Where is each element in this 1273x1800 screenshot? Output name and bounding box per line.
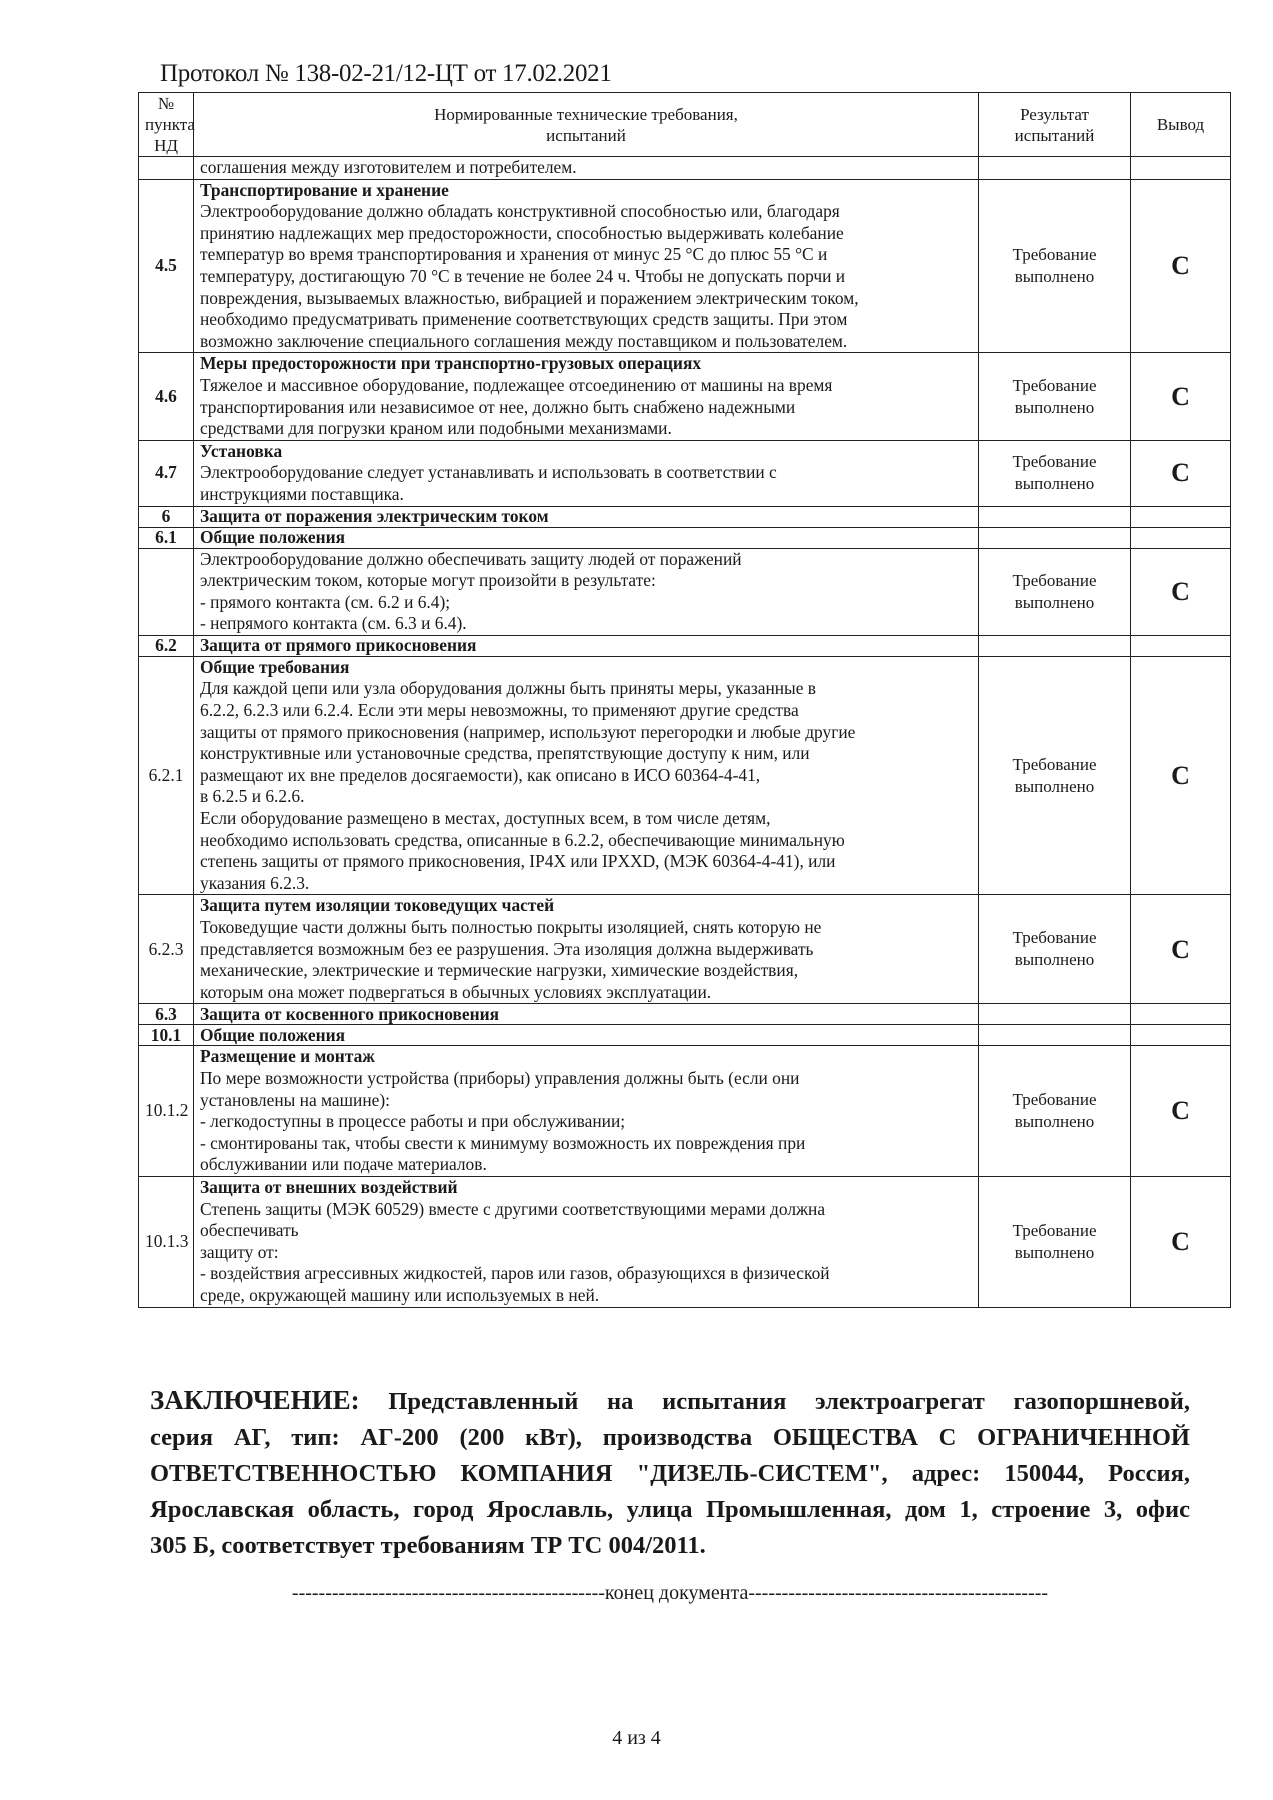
requirement-text-line: электрическим током, которые могут произ… (200, 570, 972, 592)
clause-number: 6.1 (139, 527, 194, 548)
table-row: 4.6Меры предосторожности при транспортно… (139, 353, 1231, 440)
requirement-heading: Установка (200, 441, 972, 463)
requirement-text-line: принятию надлежащих мер предосторожности… (200, 223, 972, 245)
requirement-text-line: представляется возможным без ее разрушен… (200, 939, 972, 961)
clause-number: 10.1.2 (139, 1046, 194, 1177)
verdict-cell (1131, 1004, 1231, 1025)
requirement-text: УстановкаЭлектрооборудование следует уст… (194, 440, 979, 506)
requirement-heading: Размещение и монтаж (200, 1046, 972, 1068)
requirement-text-line: По мере возможности устройства (приборы)… (200, 1068, 972, 1090)
requirement-text: Меры предосторожности при транспортно-гр… (194, 353, 979, 440)
requirement-text-line: необходимо предусматривать применение со… (200, 309, 972, 331)
verdict: С (1131, 440, 1231, 506)
requirements-table: № пункта НД Нормированные технические тр… (138, 92, 1231, 1308)
protocol-title: Протокол № 138-02-21/12-ЦТ от 17.02.2021 (160, 60, 612, 88)
clause-number: 6.2.3 (139, 895, 194, 1004)
table-row: 6.2.1Общие требованияДля каждой цепи или… (139, 656, 1231, 895)
verdict: С (1131, 656, 1231, 895)
clause-number: 6 (139, 506, 194, 527)
clause-number: 10.1.3 (139, 1176, 194, 1307)
verdict-cell (1131, 506, 1231, 527)
requirement-heading: Меры предосторожности при транспортно-гр… (200, 353, 972, 375)
test-result: Требованиевыполнено (979, 179, 1131, 353)
requirement-text-line: необходимо использовать средства, описан… (200, 830, 972, 852)
requirement-text-line: защиту от: (200, 1242, 972, 1264)
requirement-heading: Общие требования (200, 657, 972, 679)
test-result: Требованиевыполнено (979, 1046, 1131, 1177)
requirement-text: Транспортирование и хранениеЭлектрообору… (194, 179, 979, 353)
verdict-cell (1131, 1025, 1231, 1046)
conclusion-line: ОТВЕТСТВЕННОСТЬЮ КОМПАНИЯ "ДИЗЕЛЬ-СИСТЕМ… (150, 1456, 1190, 1492)
conclusion-paragraph: ЗАКЛЮЧЕНИЕ: Представленный на испытания … (150, 1382, 1190, 1564)
requirement-text-line: размещают их вне пределов досягаемости),… (200, 765, 972, 787)
section-title: Защита от прямого прикосновения (194, 635, 979, 656)
table-row: 10.1.2Размещение и монтажПо мере возможн… (139, 1046, 1231, 1177)
page-number: 4 из 4 (0, 1727, 1273, 1750)
test-result: Требованиевыполнено (979, 656, 1131, 895)
verdict: С (1131, 353, 1231, 440)
test-result: Требованиевыполнено (979, 1176, 1131, 1307)
requirement-text-line: - непрямого контакта (см. 6.3 и 6.4). (200, 613, 972, 635)
verdict: С (1131, 1176, 1231, 1307)
requirement-text-line: возможно заключение специального соглаше… (200, 331, 972, 353)
result-cell (979, 1004, 1131, 1025)
requirement-text-line: в 6.2.5 и 6.2.6. (200, 786, 972, 808)
section-row: 10.1Общие положения (139, 1025, 1231, 1046)
test-result: Требованиевыполнено (979, 548, 1131, 635)
requirement-text: Общие требованияДля каждой цепи или узла… (194, 656, 979, 895)
section-row: 6.2Защита от прямого прикосновения (139, 635, 1231, 656)
section-title: Общие положения (194, 527, 979, 548)
requirement-text-line: Если оборудование размещено в местах, до… (200, 808, 972, 830)
requirement-text-line: соглашения между изготовителем и потреби… (200, 157, 972, 179)
clause-number: 4.5 (139, 179, 194, 353)
header-requirements: Нормированные технические требования, ис… (194, 93, 979, 157)
header-clause-number: № пункта НД (139, 93, 194, 157)
conclusion-label: ЗАКЛЮЧЕНИЕ: (150, 1385, 360, 1415)
requirement-text-line: указания 6.2.3. (200, 873, 972, 895)
table-row: 6.2.3Защита путем изоляции токоведущих ч… (139, 895, 1231, 1004)
section-row: 6Защита от поражения электрическим током (139, 506, 1231, 527)
header-conclusion: Вывод (1131, 93, 1231, 157)
verdict: С (1131, 179, 1231, 353)
requirement-text-line: обслуживании или подаче материалов. (200, 1154, 972, 1176)
requirement-text-line: Для каждой цепи или узла оборудования до… (200, 678, 972, 700)
requirement-text-line: обеспечивать (200, 1220, 972, 1242)
section-row: 6.1Общие положения (139, 527, 1231, 548)
table-row: соглашения между изготовителем и потреби… (139, 157, 1231, 180)
requirement-text: Защита путем изоляции токоведущих частей… (194, 895, 979, 1004)
requirement-heading: Защита путем изоляции токоведущих частей (200, 895, 972, 917)
requirement-text-line: Электрооборудование должно обеспечивать … (200, 549, 972, 571)
table-row: 4.5Транспортирование и хранениеЭлектрооб… (139, 179, 1231, 353)
conclusion-line: ЗАКЛЮЧЕНИЕ: Представленный на испытания … (150, 1382, 1190, 1420)
end-of-document-marker: ----------------------------------------… (150, 1582, 1190, 1605)
requirement-text-line: - воздействия агрессивных жидкостей, пар… (200, 1263, 972, 1285)
section-title: Защита от поражения электрическим током (194, 506, 979, 527)
result-cell (979, 635, 1131, 656)
requirement-heading: Транспортирование и хранение (200, 180, 972, 202)
verdict: С (1131, 895, 1231, 1004)
requirement-text-line: - прямого контакта (см. 6.2 и 6.4); (200, 592, 972, 614)
clause-number: 6.2 (139, 635, 194, 656)
verdict: С (1131, 548, 1231, 635)
verdict-cell (1131, 527, 1231, 548)
conclusion-line: Ярославская область, город Ярославль, ул… (150, 1492, 1190, 1528)
requirement-text-line: средствами для погрузки краном или подоб… (200, 418, 972, 440)
result-cell (979, 527, 1131, 548)
requirement-text-line: - смонтированы так, чтобы свести к миним… (200, 1133, 972, 1155)
clause-number: 6.2.1 (139, 656, 194, 895)
test-result (979, 157, 1131, 180)
requirement-text-line: 6.2.2, 6.2.3 или 6.2.4. Если эти меры не… (200, 700, 972, 722)
requirement-text: Электрооборудование должно обеспечивать … (194, 548, 979, 635)
table-row: 4.7УстановкаЭлектрооборудование следует … (139, 440, 1231, 506)
requirement-text-line: Электрооборудование следует устанавливат… (200, 462, 972, 484)
section-row: 6.3Защита от косвенного прикосновения (139, 1004, 1231, 1025)
requirement-text-line: температуру, достигающую 70 °C в течение… (200, 266, 972, 288)
test-result: Требованиевыполнено (979, 895, 1131, 1004)
requirement-text-line: транспортирования или независимое от нее… (200, 397, 972, 419)
header-test-result: Результат испытаний (979, 93, 1131, 157)
requirement-text-line: среде, окружающей машину или используемы… (200, 1285, 972, 1307)
requirement-text: Размещение и монтажПо мере возможности у… (194, 1046, 979, 1177)
result-cell (979, 506, 1131, 527)
requirement-text-line: Электрооборудование должно обладать конс… (200, 201, 972, 223)
clause-number (139, 548, 194, 635)
requirement-text-line: температур во время транспортирования и … (200, 244, 972, 266)
verdict-cell (1131, 635, 1231, 656)
requirement-text: Защита от внешних воздействийСтепень защ… (194, 1176, 979, 1307)
requirement-text-line: механические, электрические и термически… (200, 960, 972, 982)
requirement-text-line: Токоведущие части должны быть полностью … (200, 917, 972, 939)
requirement-text-line: инструкциями поставщика. (200, 484, 972, 506)
verdict (1131, 157, 1231, 180)
requirement-text-line: - легкодоступны в процессе работы и при … (200, 1111, 972, 1133)
requirement-text: соглашения между изготовителем и потреби… (194, 157, 979, 180)
table-row: Электрооборудование должно обеспечивать … (139, 548, 1231, 635)
requirement-text-line: которым она может подвергаться в обычных… (200, 982, 972, 1004)
requirement-text-line: Степень защиты (МЭК 60529) вместе с друг… (200, 1199, 972, 1221)
requirement-text-line: повреждения, вызываемых влажностью, вибр… (200, 288, 972, 310)
test-result: Требованиевыполнено (979, 440, 1131, 506)
verdict: С (1131, 1046, 1231, 1177)
test-result: Требованиевыполнено (979, 353, 1131, 440)
conclusion-line: серия АГ, тип: АГ-200 (200 кВт), произво… (150, 1420, 1190, 1456)
requirement-text-line: конструктивные или установочные средства… (200, 743, 972, 765)
requirement-heading: Защита от внешних воздействий (200, 1177, 972, 1199)
section-title: Общие положения (194, 1025, 979, 1046)
clause-number: 6.3 (139, 1004, 194, 1025)
result-cell (979, 1025, 1131, 1046)
requirement-text-line: степень защиты от прямого прикосновения,… (200, 851, 972, 873)
clause-number: 4.7 (139, 440, 194, 506)
requirement-text-line: Тяжелое и массивное оборудование, подлеж… (200, 375, 972, 397)
clause-number: 4.6 (139, 353, 194, 440)
table-row: 10.1.3Защита от внешних воздействийСтепе… (139, 1176, 1231, 1307)
section-title: Защита от косвенного прикосновения (194, 1004, 979, 1025)
requirement-text-line: защиты от прямого прикосновения (наприме… (200, 722, 972, 744)
table-header-row: № пункта НД Нормированные технические тр… (139, 93, 1231, 157)
requirement-text-line: установлены на машине): (200, 1090, 972, 1112)
clause-number (139, 157, 194, 180)
conclusion-line: 305 Б, соответствует требованиям ТР ТС 0… (150, 1528, 1190, 1564)
clause-number: 10.1 (139, 1025, 194, 1046)
